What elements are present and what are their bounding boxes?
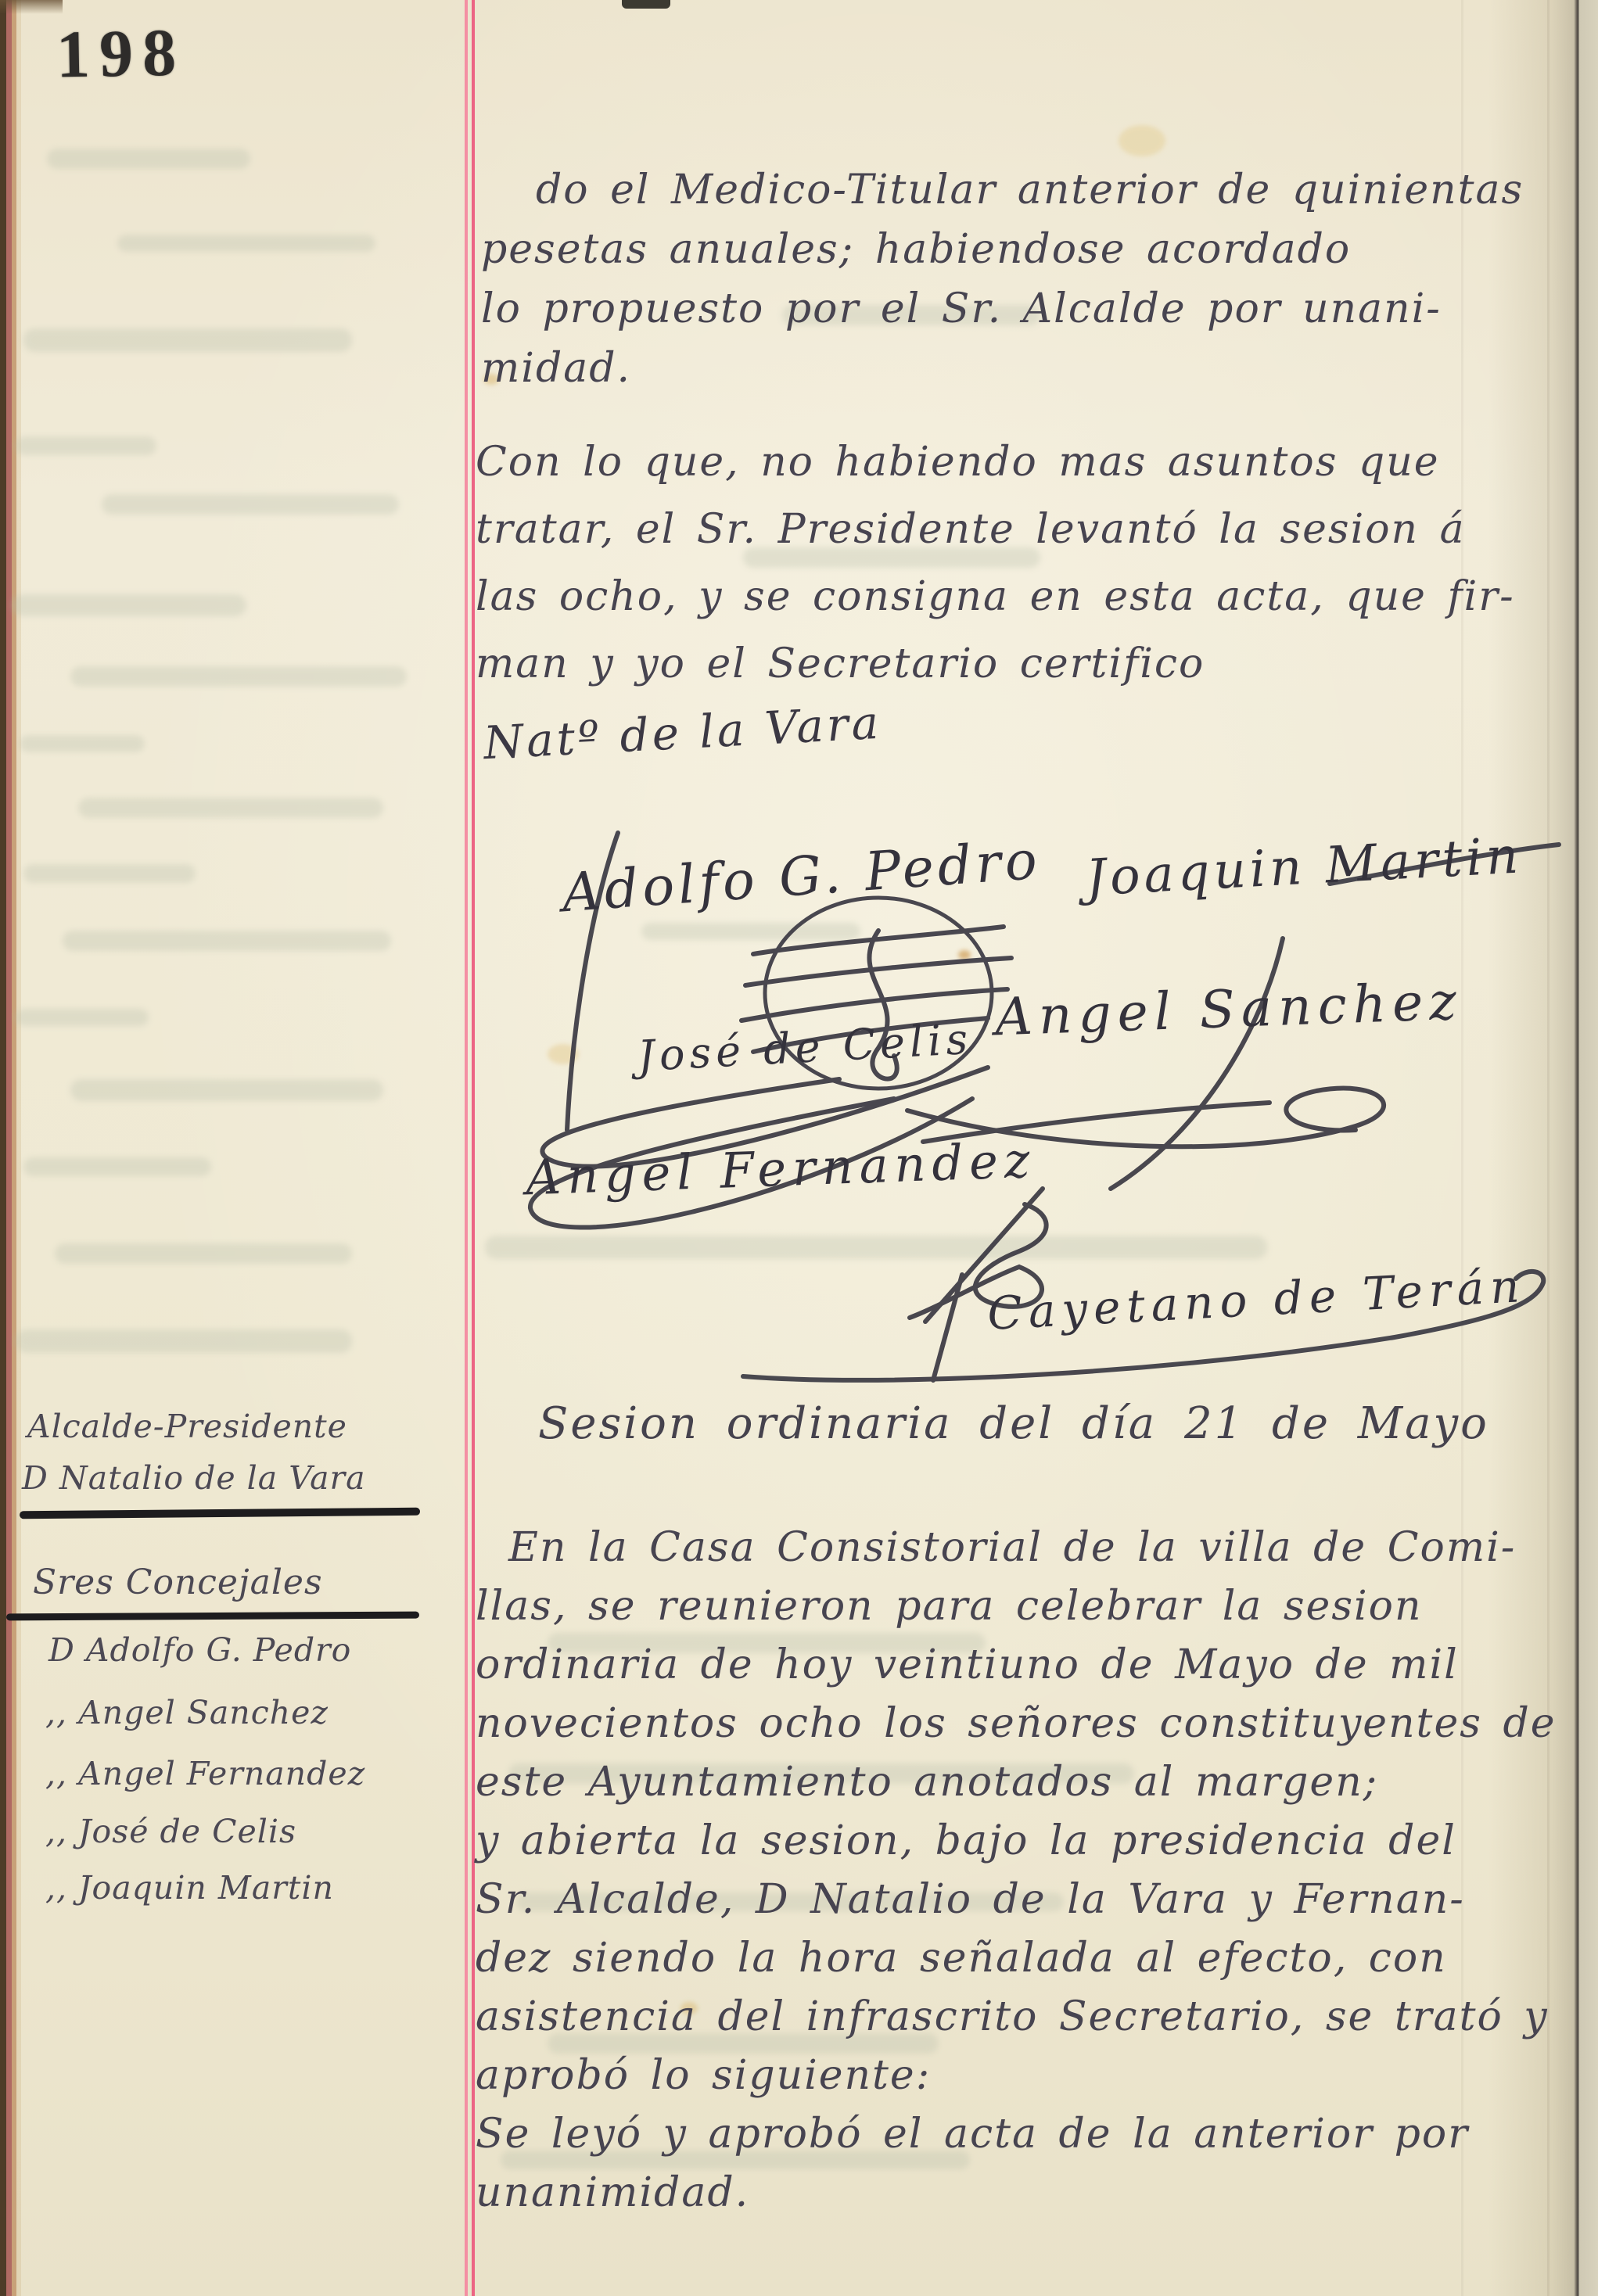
manuscript-line: dez siendo la hora señalada al efecto, c… — [476, 1929, 1593, 1988]
margin-councilor: D Adolfo G. Pedro — [48, 1631, 351, 1669]
bleedthrough-mark — [16, 1329, 352, 1353]
manuscript-line: unanimidad. — [476, 2164, 1593, 2222]
manuscript-line: midad. — [481, 339, 1598, 398]
opening-paragraph: do el Medico-Titular anterior de quinien… — [481, 160, 1598, 398]
bleedthrough-mark — [23, 328, 352, 352]
margin-councilors-title: Sres Concejales — [33, 1562, 323, 1602]
secretary-signature: Natº de la Vara — [483, 696, 883, 770]
bleedthrough-mark — [117, 235, 375, 252]
margin-councilor: ,, José de Celis — [45, 1813, 296, 1850]
bleedthrough-mark — [12, 594, 246, 616]
manuscript-line: man y yo el Secretario certifico — [476, 630, 1593, 698]
margin-underline — [20, 1508, 420, 1519]
bleedthrough-mark — [16, 436, 156, 455]
manuscript-line: llas, se reunieron para celebrar la sesi… — [476, 1577, 1593, 1636]
manuscript-page: 198 do el Medico-Titular anterior de qui… — [0, 0, 1598, 2296]
closing-paragraph: Con lo que, no habiendo mas asuntos que … — [476, 429, 1593, 698]
manuscript-line: Se leyó y aprobó el acta de la anterior … — [476, 2105, 1593, 2164]
manuscript-line: Sr. Alcalde, D Natalio de la Vara y Fern… — [476, 1871, 1593, 1929]
margin-underline — [6, 1612, 419, 1621]
page-corner-shadow — [0, 0, 63, 14]
session-heading: Sesion ordinaria del día 21 de Mayo — [538, 1398, 1489, 1449]
bleedthrough-mark — [78, 798, 383, 818]
margin-president-title: Alcalde-Presidente — [27, 1408, 347, 1445]
margin-councilor: ,, Joaquin Martin — [45, 1869, 334, 1907]
bleedthrough-mark — [102, 494, 399, 515]
manuscript-line: do el Medico-Titular anterior de quinien… — [481, 160, 1598, 220]
top-edge-mark — [622, 0, 670, 9]
bleedthrough-mark — [55, 1243, 352, 1264]
margin-councilor: ,, Angel Fernandez — [45, 1755, 365, 1792]
manuscript-line: este Ayuntamiento anotados al margen; — [476, 1753, 1593, 1812]
manuscript-line: novecientos ocho los señores constituyen… — [476, 1695, 1593, 1753]
manuscript-line: aprobó lo siguiente: — [476, 2047, 1593, 2105]
bleedthrough-mark — [47, 149, 250, 169]
margin-councilor: ,, Angel Sanchez — [45, 1694, 329, 1731]
bleedthrough-mark — [23, 864, 196, 883]
manuscript-line: asistencia del infrascrito Secretario, s… — [476, 1988, 1593, 2047]
manuscript-line: Con lo que, no habiendo mas asuntos que — [476, 429, 1593, 496]
bleedthrough-mark — [23, 1157, 211, 1176]
bleedthrough-mark — [20, 735, 145, 752]
margin-rule-line — [465, 0, 468, 2296]
bleedthrough-mark — [70, 666, 407, 687]
manuscript-line: ordinaria de hoy veintiuno de Mayo de mi… — [476, 1636, 1593, 1695]
bleedthrough-mark — [16, 1009, 149, 1026]
paper-stain — [1119, 125, 1165, 156]
manuscript-line: En la Casa Consistorial de la villa de C… — [476, 1519, 1593, 1577]
bleedthrough-mark — [70, 1079, 383, 1101]
manuscript-line: y abierta la sesion, bajo la presidencia… — [476, 1812, 1593, 1871]
page-number-stamp: 198 — [56, 13, 186, 94]
book-binding-edge — [0, 0, 23, 2296]
margin-president-name: D Natalio de la Vara — [22, 1459, 366, 1497]
manuscript-line: lo propuesto por el Sr. Alcalde por unan… — [481, 279, 1598, 339]
manuscript-line: pesetas anuales; habiendose acordado — [481, 220, 1598, 279]
session-paragraph: En la Casa Consistorial de la villa de C… — [476, 1519, 1593, 2222]
bleedthrough-mark — [63, 931, 391, 951]
manuscript-line: las ocho, y se consigna en esta acta, qu… — [476, 563, 1593, 630]
manuscript-line: tratar, el Sr. Presidente levantó la ses… — [476, 496, 1593, 563]
